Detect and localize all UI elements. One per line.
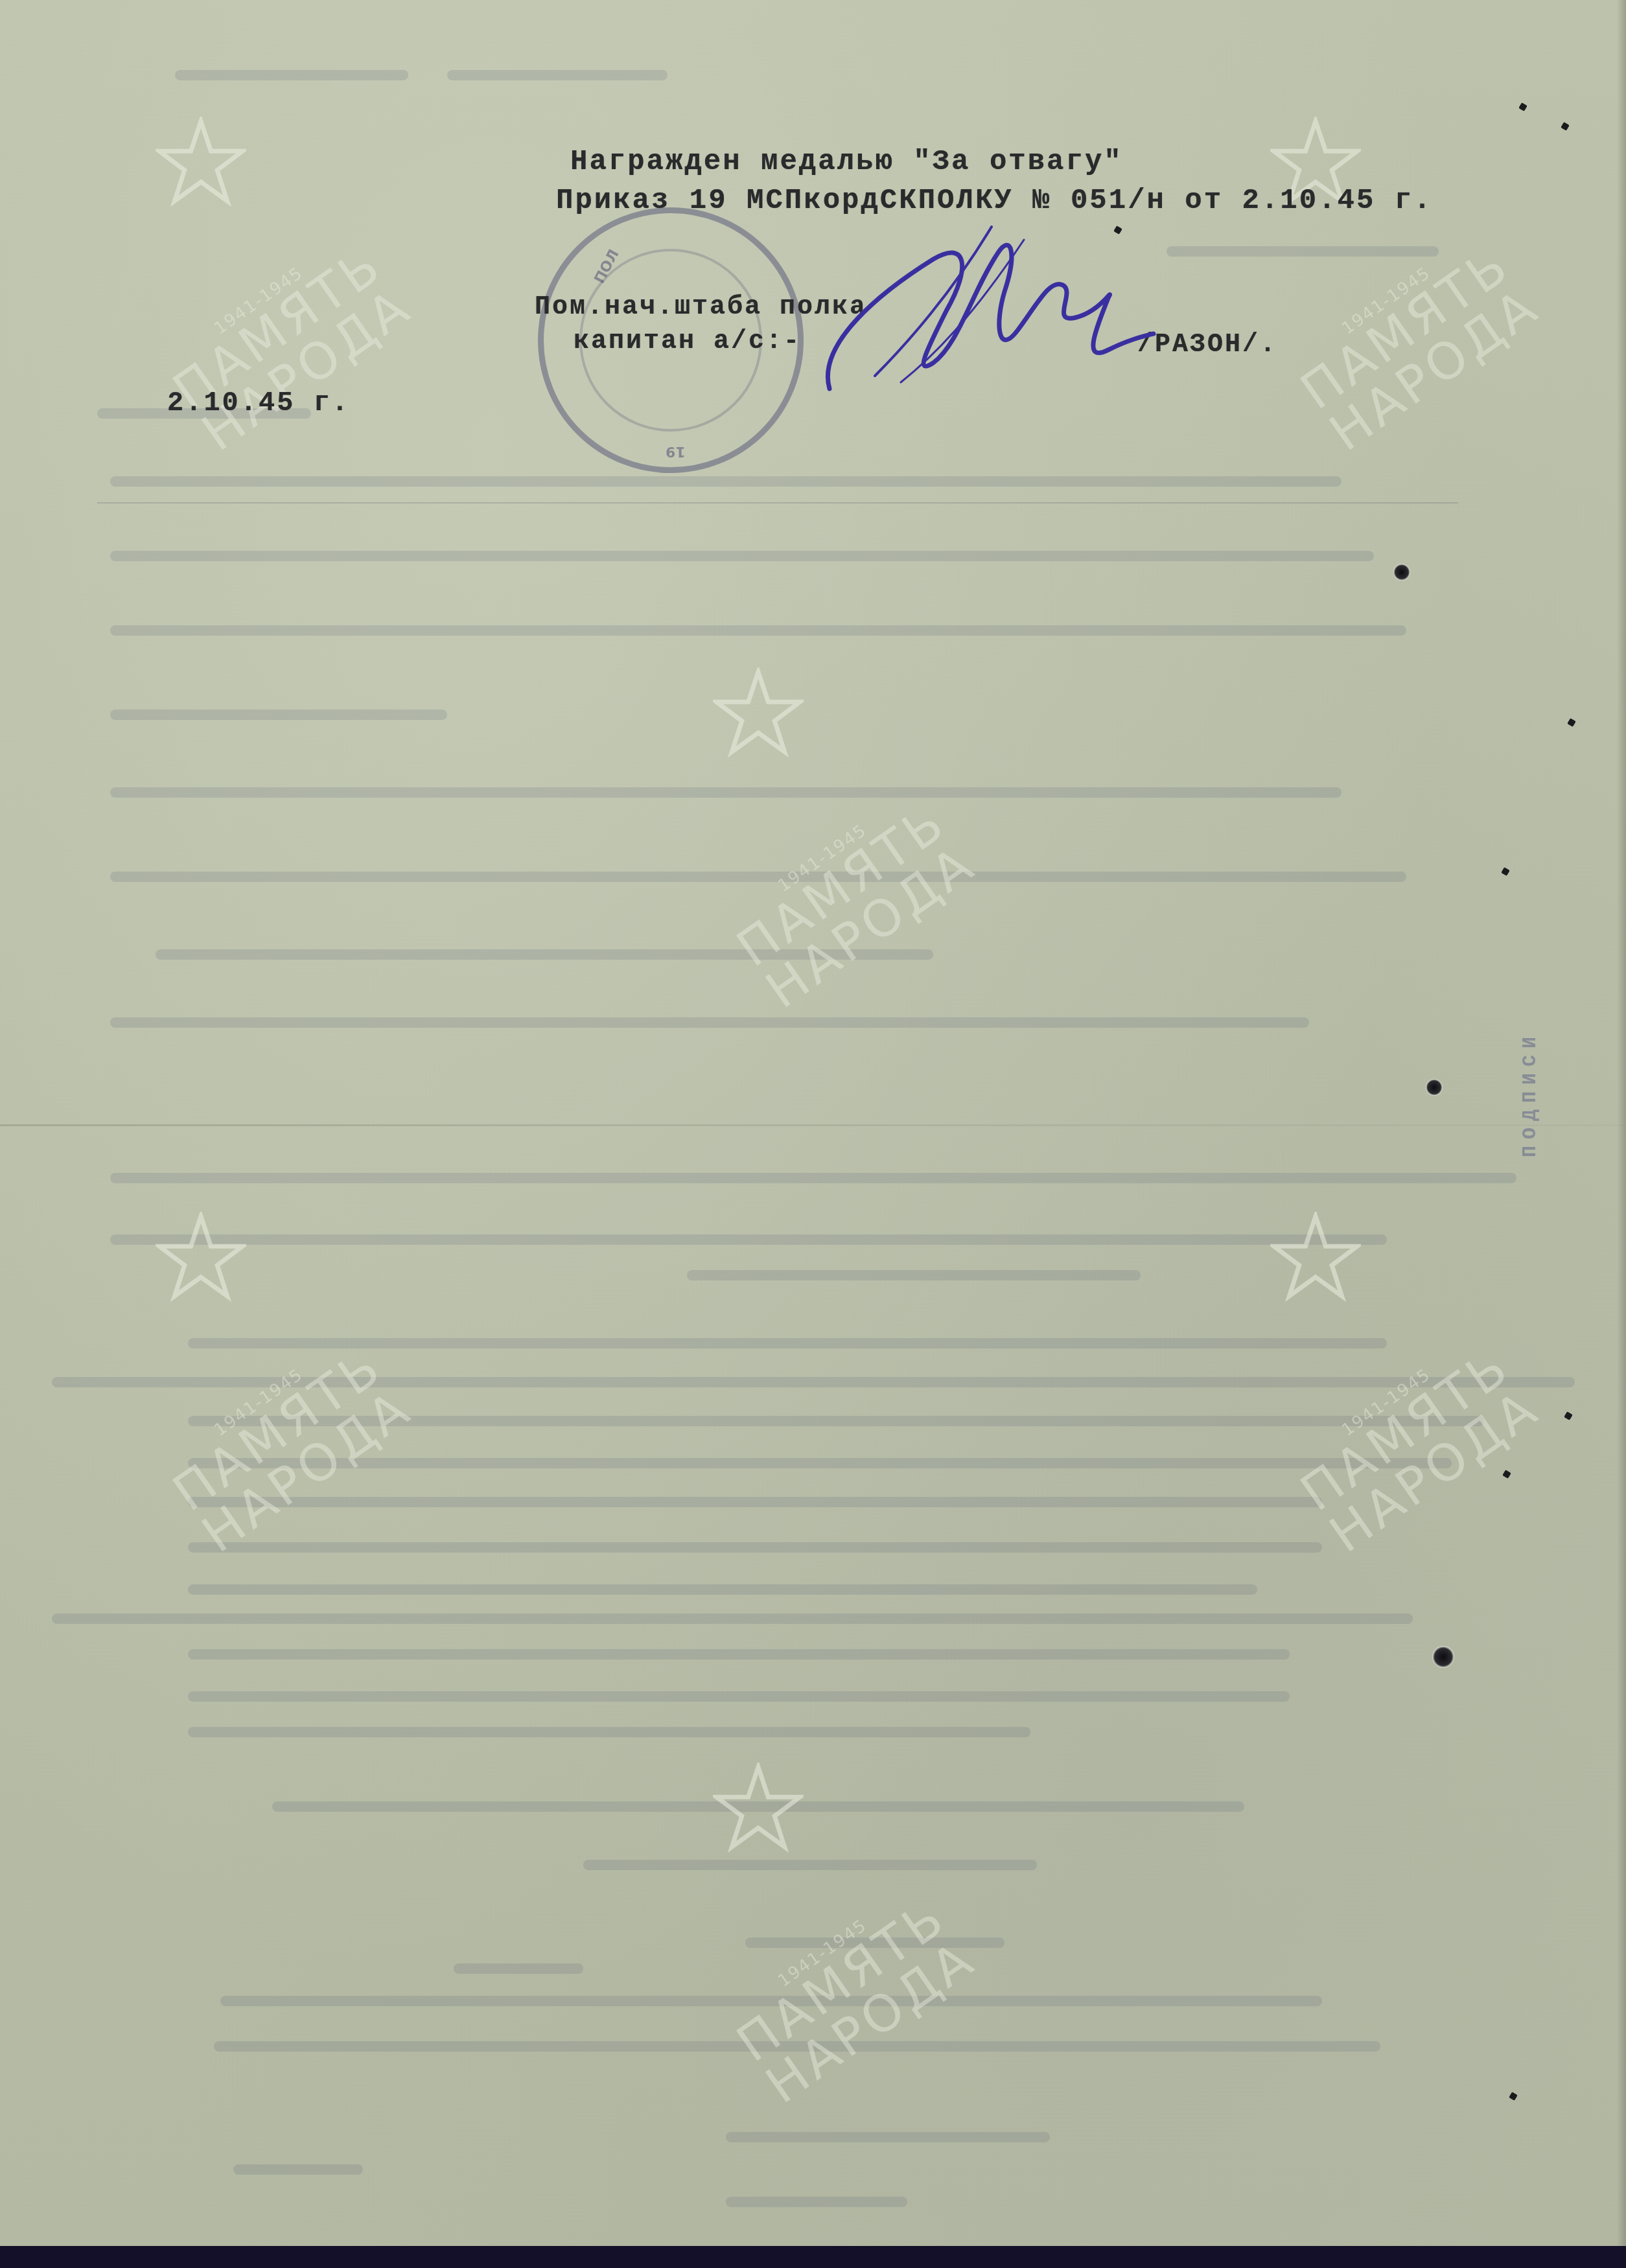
paper-fold-line (0, 1124, 1626, 1126)
watermark-star-icon (156, 117, 246, 207)
order-line: Приказ 19 МСПкордСКПОЛКУ № 051/н от 2.10… (556, 185, 1433, 217)
paper-speck (1518, 102, 1527, 111)
paper-speck (1561, 122, 1570, 131)
signature-icon (804, 214, 1167, 402)
punch-hole (1393, 564, 1410, 581)
watermark-star-icon (713, 667, 804, 758)
watermark-star-icon (1270, 1212, 1361, 1302)
punch-hole (1432, 1646, 1454, 1668)
page-right-edge (1617, 0, 1626, 2268)
scan-bottom-border (0, 2246, 1626, 2268)
award-line: Награжден медалью "За отвагу" (570, 146, 1123, 178)
watermark-star-icon (156, 1212, 246, 1302)
signatory-rank: капитан а/с:- (574, 327, 801, 356)
document-page: 1941-1945 ПАМЯТЬ НАРОДА 1941-1945 ПАМЯТЬ… (0, 0, 1626, 2268)
watermark-label: 1941-1945 ПАМЯТЬ НАРОДА (156, 225, 420, 459)
stamp-number: 19 (666, 443, 686, 459)
watermark-star-icon (713, 1763, 804, 1853)
paper-speck (1509, 2092, 1518, 2101)
paper-speck (1501, 867, 1510, 876)
document-date: 2.10.45 г. (167, 388, 350, 419)
watermark-label: 1941-1945 ПАМЯТЬ НАРОДА (1283, 225, 1548, 459)
side-margin-text: ПОДПИСИ (1520, 1030, 1542, 1157)
watermark-label: 1941-1945 ПАМЯТЬ НАРОДА (719, 1877, 984, 2112)
paper-speck (1564, 1411, 1573, 1420)
paper-speck (1502, 1470, 1511, 1479)
watermark-label: 1941-1945 ПАМЯТЬ НАРОДА (719, 782, 984, 1017)
watermark-label: 1941-1945 ПАМЯТЬ НАРОДА (1283, 1326, 1548, 1561)
punch-hole (1426, 1079, 1443, 1096)
paper-speck (1567, 718, 1576, 727)
watermark-label: 1941-1945 ПАМЯТЬ НАРОДА (156, 1326, 420, 1561)
